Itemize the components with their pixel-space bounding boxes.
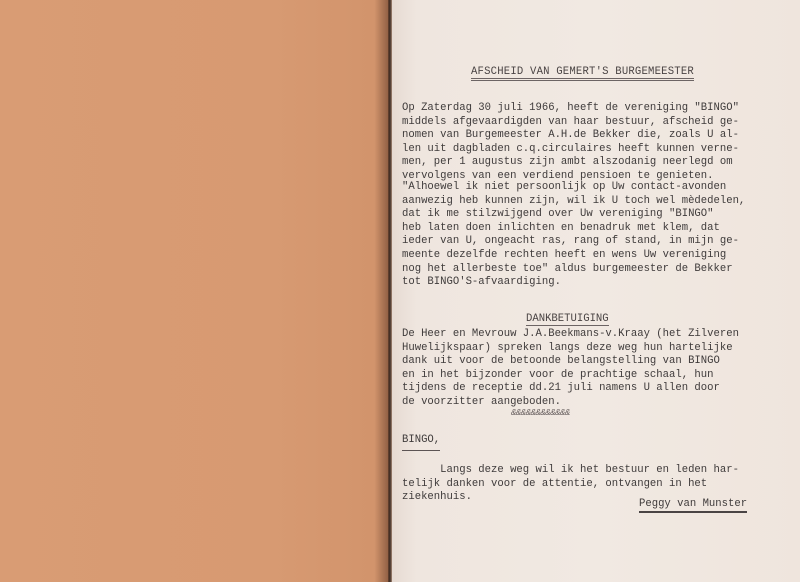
salutation: BINGO, (402, 434, 440, 451)
paragraph-thanks: De Heer en Mevrouw J.A.Beekmans-v.Kraay … (402, 328, 739, 410)
paragraph-farewell: Op Zaterdag 30 juli 1966, heeft de veren… (402, 102, 739, 184)
right-page: AFSCHEID VAN GEMERT'S BURGEMEESTER Op Za… (392, 0, 800, 582)
page-title: AFSCHEID VAN GEMERT'S BURGEMEESTER (471, 66, 694, 81)
signature: Peggy van Munster (639, 498, 747, 513)
section-heading-dankbetuiging: DANKBETUIGING (526, 313, 609, 326)
left-page-blank-cover (0, 0, 390, 582)
paragraph-quote: "Alhoewel ik niet persoonlijk op Uw cont… (402, 181, 745, 290)
ornament-divider: &&&&&&&&&&&& (511, 408, 570, 418)
